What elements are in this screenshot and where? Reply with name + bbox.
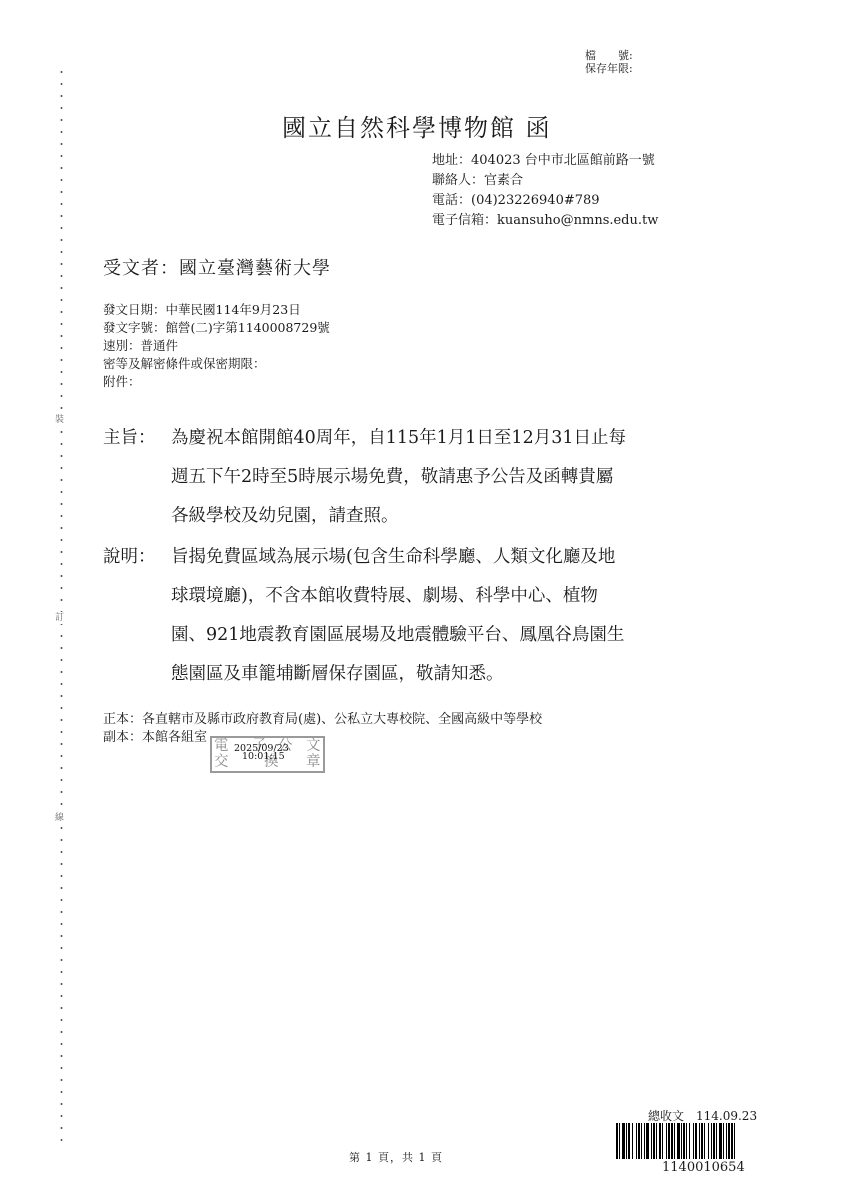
explanation-line: 態園區及車籠埔斷層保存園區，敬請知悉。 — [103, 655, 624, 694]
binding-label-zhuang: 裝 — [55, 414, 64, 426]
subject-line: 為慶祝本館開館40周年，自115年1月1日至12月31日止每 — [171, 428, 626, 448]
binding-label-ding: 訂 — [55, 612, 64, 624]
contact-person: 聯絡人：官素合 — [432, 171, 658, 191]
security-level: 密等及解密條件或保密期限： — [103, 355, 330, 373]
stamp-char: 交 — [214, 755, 229, 770]
retention-label: 保存年限: — [585, 62, 633, 75]
subject-line: 各級學校及幼兒園，請查照。 — [103, 497, 626, 536]
main-recipients: 正本：各直轄市及縣市政府教育局(處)、公私立大專校院、全國高級中等學校 — [103, 711, 542, 729]
barcode-bar — [735, 1123, 738, 1159]
contact-block: 地址：404023 台中市北區館前路一號 聯絡人：官素合 電話：(04)2322… — [432, 151, 658, 231]
page-number: 第 1 頁，共 1 頁 — [349, 1149, 443, 1165]
recipient: 受文者：國立臺灣藝術大學 — [103, 254, 331, 280]
subject-section: 主旨：為慶祝本館開館40周年，自115年1月1日至12月31日止每 週五下午2時… — [103, 419, 626, 536]
document-number: 發文字號：館營(二)字第1140008729號 — [103, 319, 330, 337]
address: 地址：404023 台中市北區館前路一號 — [432, 151, 658, 171]
document-meta: 發文日期：中華民國114年9月23日 發文字號：館營(二)字第114000872… — [103, 301, 330, 391]
electronic-exchange-stamp: 電 子 公 文 交 換 章 2025/09/23 10:01:15 — [210, 736, 325, 773]
explanation-line: 球環境廳)，不含本館收費特展、劇場、科學中心、植物 — [103, 577, 624, 616]
attachments: 附件： — [103, 373, 330, 391]
file-number-label: 檔 號: — [585, 49, 633, 62]
receipt-label: 總收文 114.09.23 — [648, 1107, 757, 1124]
binding-dotted-line — [60, 66, 63, 1144]
issue-date: 發文日期：中華民國114年9月23日 — [103, 301, 330, 319]
subject-line: 週五下午2時至5時展示場免費，敬請惠予公告及函轉貴屬 — [103, 458, 626, 497]
stamp-char: 電 — [214, 739, 229, 754]
phone: 電話：(04)23226940#789 — [432, 191, 658, 211]
email: 電子信箱：kuansuho@nmns.edu.tw — [432, 211, 658, 231]
explanation-line: 園、921地震教育園區展場及地震體驗平台、鳳凰谷鳥園生 — [103, 616, 624, 655]
explanation-label: 說明： — [103, 538, 171, 577]
document-title: 國立自然科學博物館 函 — [282, 108, 552, 143]
subject-label: 主旨： — [103, 419, 171, 458]
barcode — [616, 1123, 812, 1159]
explanation-line: 旨揭免費區域為展示場(包含生命科學廳、人類文化廳及地 — [171, 547, 615, 567]
speed: 速別：普通件 — [103, 337, 330, 355]
stamp-char: 文 — [306, 739, 321, 754]
binding-label-xian: 線 — [55, 812, 64, 824]
explanation-section: 說明：旨揭免費區域為展示場(包含生命科學廳、人類文化廳及地 球環境廳)，不含本館… — [103, 538, 624, 694]
file-meta: 檔 號: 保存年限: — [585, 49, 633, 75]
barcode-number: 1140010654 — [662, 1160, 745, 1175]
stamp-char: 章 — [306, 755, 321, 770]
stamp-time: 10:01:15 — [242, 752, 285, 761]
